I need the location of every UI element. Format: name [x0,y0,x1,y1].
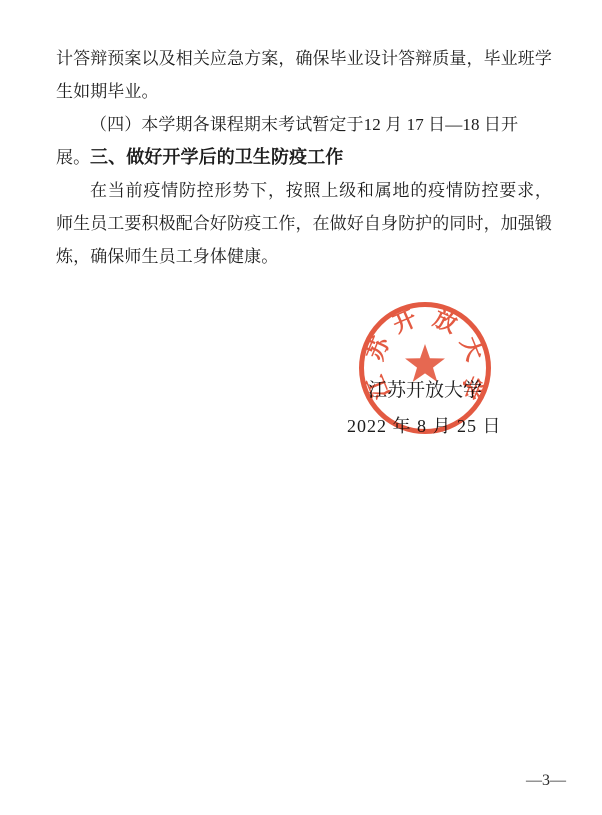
seal-arc-char: 放 [428,305,462,339]
doc-line: 炼，确保师生员工身体健康。 [56,240,552,273]
page-number: —3— [526,771,566,791]
signature-org: 江苏开放大学 [368,379,482,403]
doc-line: 师生员工要积极配合好防疫工作，在做好自身防护的同时，加强锻 [56,207,552,240]
doc-line: 计答辩预案以及相关应急方案，确保毕业设计答辩质量，毕业班学 [56,42,552,75]
doc-line: 生如期毕业。 [56,75,552,108]
doc-line: 在当前疫情防控形势下，按照上级和属地的疫情防控要求， [56,174,552,207]
seal-arc-char: 开 [388,305,422,339]
seal-arc-char: 苏 [362,332,396,366]
doc-line: （四）本学期各课程期末考试暂定于12 月 17 日—18 日开展。 [56,108,552,141]
seal-arc-char: 大 [454,332,488,366]
section-heading: 三、做好开学后的卫生防疫工作 [56,141,552,174]
document-body: 计答辩预案以及相关应急方案，确保毕业设计答辩质量，毕业班学 生如期毕业。 （四）… [56,42,552,273]
document-page: 计答辩预案以及相关应急方案，确保毕业设计答辩质量，毕业班学 生如期毕业。 （四）… [0,0,602,815]
signature-date: 2022 年 8 月 25 日 [347,414,502,438]
